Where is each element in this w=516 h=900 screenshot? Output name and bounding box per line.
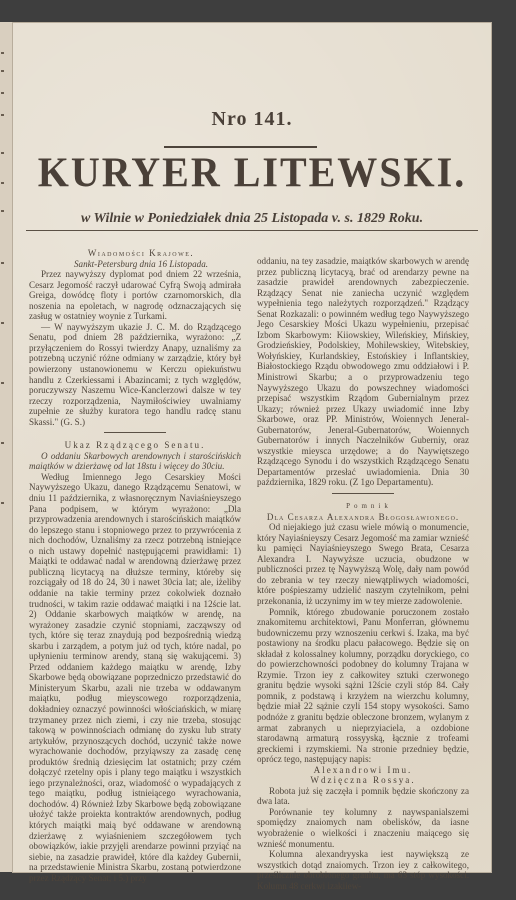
article-paragraph: — W naywyższym ukazie J. C. M. do Rządzą… [29,322,241,427]
article-paragraph: Pomnik, którego zbudowanie poruczonem zo… [257,607,469,765]
newspaper-page: Nro 141. KURYER LITEWSKI. w Wilnie w Pon… [12,22,492,873]
article-paragraph: Według Imiennego Jego Cesarskiey Mości N… [29,472,241,883]
ukaz-heading: Ukaz Rządzącego Senatu. [29,440,241,451]
ukaz-subtitle: O oddaniu Skarbowych arendownych i staro… [29,451,241,472]
article-paragraph: Kolumna alexandryyska iest naywiększą ze… [257,849,469,891]
inscription-line: Wdzięczna Rossya. [257,775,469,786]
section-heading: Wiadomości Krajowe. [29,248,241,259]
issue-number: Nro 141. [12,108,492,131]
article-paragraph: Robota już się zaczęła i pomnik będzie s… [257,786,469,807]
article-paragraph: oddaniu, na tey zasadzie, maiątków skarb… [257,256,469,488]
section-divider [104,432,166,433]
article-paragraph: Od niejakiego już czasu wiele mówią o mo… [257,522,469,606]
inscription-line: Alexandrowi Imu. [257,765,469,776]
right-column: oddaniu, na tey zasadzie, maiątków skarb… [257,236,469,891]
dateline: w Wilnie w Poniedziałek dnia 25 Listopad… [12,211,492,227]
pomnik-heading: Pomnik [257,501,469,512]
newspaper-title: KURYER LITEWSKI. [12,148,492,197]
article-paragraph: Przez naywyższy dyplomat pod dniem 22 wr… [29,269,241,322]
header-divider [26,230,478,231]
pomnik-subheading: Dla Cesarza Alexandra Błogosławionego. [257,512,469,523]
section-divider [332,493,394,494]
left-column: Wiadomości Krajowe. Sankt-Petersburg dni… [29,236,241,883]
place-date: Sankt-Petersburg dnia 16 Listopada. [29,259,241,270]
article-paragraph: Porównanie tey kolumny z naywspanialszem… [257,807,469,849]
